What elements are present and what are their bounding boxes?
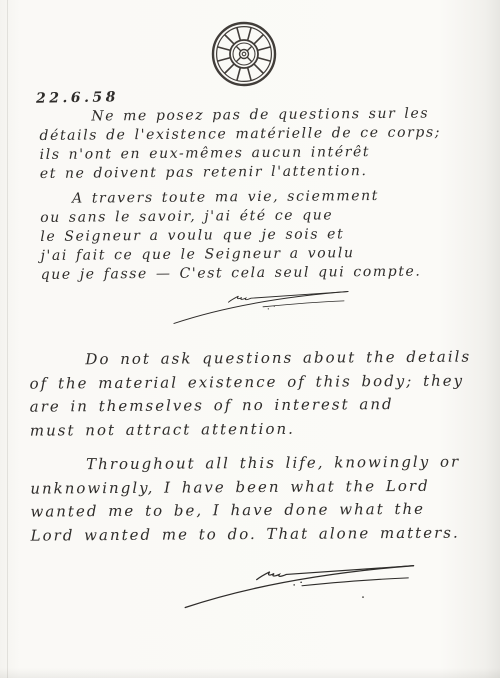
wheel-emblem-icon bbox=[209, 19, 279, 89]
date: 22.6.58 bbox=[36, 89, 119, 106]
english-line: wanted me to be, I have done what the bbox=[30, 497, 482, 524]
scan-edge-line bbox=[7, 0, 8, 678]
scanned-document-page: 22.6.58 Ne me posez pas de questions sur… bbox=[0, 0, 500, 678]
english-line: unknowingly, I have been what the Lord bbox=[30, 474, 482, 501]
signature-flourish bbox=[180, 552, 424, 616]
english-line: Do not ask questions about the details bbox=[29, 345, 481, 372]
scan-edge-shade bbox=[0, 668, 500, 678]
english-text-block: Do not ask questions about the details o… bbox=[29, 345, 482, 547]
french-line: détails de l'existence matérielle de ce … bbox=[39, 123, 484, 146]
french-paragraph-2: A travers toute ma vie, sciemment ou san… bbox=[40, 186, 486, 285]
french-text-block: Ne me posez pas de questions sur les dét… bbox=[39, 104, 486, 285]
english-paragraph-2: Throughout all this life, knowingly or u… bbox=[30, 450, 483, 547]
english-line: Throughout all this life, knowingly or bbox=[30, 450, 482, 477]
english-line: are in themselves of no interest and bbox=[30, 392, 482, 419]
signature-flourish bbox=[170, 282, 356, 329]
english-line: Lord wanted me to do. That alone matters… bbox=[31, 521, 483, 548]
english-line: of the material existence of this body; … bbox=[29, 369, 481, 396]
french-line: et ne doivent pas retenir l'attention. bbox=[40, 161, 485, 184]
english-line: must not attract attention. bbox=[30, 416, 482, 443]
